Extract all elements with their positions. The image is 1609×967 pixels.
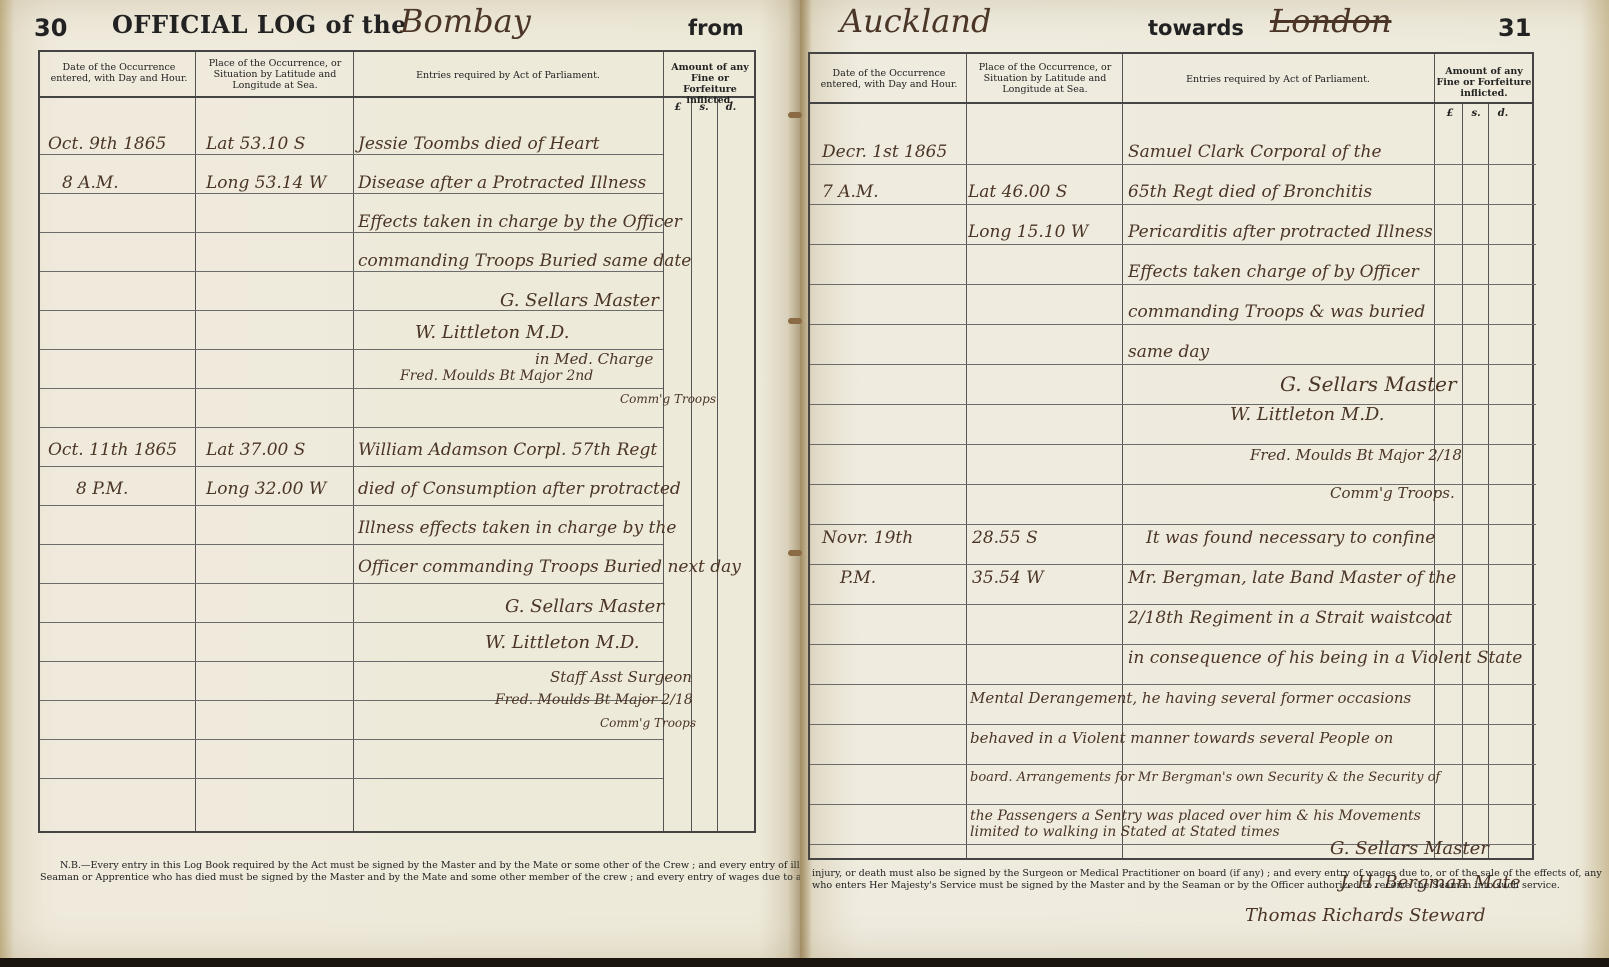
signature: G. Sellars Master [500,290,659,311]
from-label: from [688,16,744,40]
entry-date: Decr. 1st 1865 [822,142,947,162]
binding-stitch [788,112,802,118]
entry-text-line: same day [1128,342,1209,362]
signature: Staff Asst Surgeon [550,668,692,686]
header-place: Place of the Occurrence, or Situation by… [200,58,350,91]
entry-text-line: in consequence of his being in a Violent… [1128,648,1522,668]
footnote-line: who enters Her Majesty's Service must be… [812,880,1560,892]
entry-text-line: William Adamson Corpl. 57th Regt [358,440,657,460]
binding-stitch [788,318,802,324]
entry-long: Long 53.14 W [206,173,326,193]
entry-date: Oct. 9th 1865 [48,134,166,154]
from-place: Auckland [840,2,991,40]
signature: W. Littleton M.D. [415,322,569,343]
signature: W. Littleton M.D. [1230,404,1384,425]
shillings-label: s. [694,102,714,113]
entry-text-line: died of Consumption after protracted [358,479,681,499]
page-number: 31 [1498,14,1531,42]
signature: Fred. Moulds Bt Major 2nd [400,368,593,384]
entry-long: Long 15.10 W [968,222,1088,242]
pounds-label: £ [1440,108,1460,119]
entry-text-line: 2/18th Regiment in a Strait waistcoat [1128,608,1452,628]
entry-lat: 28.55 S [972,528,1038,548]
header-amount: Amount of any Fine or Forfeiture inflict… [1436,66,1532,99]
entry-hour: P.M. [840,568,876,588]
entry-text-line: Effects taken in charge by the Officer [358,212,682,232]
header-entries: Entries required by Act of Parliament. [1128,74,1428,85]
entry-text-line: limited to walking in Stated at Stated t… [970,822,1280,842]
book-gutter [788,0,812,958]
entry-text-line: commanding Troops Buried same date [358,251,691,271]
footnote-line: N.B.—Every entry in this Log Book requir… [60,860,824,872]
entry-text-line: 65th Regt died of Bronchitis [1128,182,1372,202]
pence-label: d. [721,102,741,113]
page-number: 30 [34,14,67,42]
signature: G. Sellars Master [1280,372,1457,396]
left-page: 30 OFFICIAL LOG of the Bombay from Date … [0,0,800,958]
entry-text-line: Illness effects taken in charge by the [358,518,676,538]
entry-lat: Lat 46.00 S [968,182,1067,202]
entry-text-line: behaved in a Violent manner towards seve… [970,728,1393,748]
header-amount: Amount of any Fine or Forfeiture inflict… [664,62,756,106]
binding-stitch [788,550,802,556]
entry-text-line: Effects taken charge of by Officer [1128,262,1419,282]
signature: Thomas Richards Steward [1245,905,1485,926]
pence-label: d. [1493,108,1513,119]
entry-long: 35.54 W [972,568,1044,588]
entry-text-line: Disease after a Protracted Illness [358,173,646,193]
entry-hour: 8 A.M. [62,173,119,193]
entry-text-line: Pericarditis after protracted Illness [1128,222,1433,242]
signature: G. Sellars Master [1330,838,1489,859]
entry-text-line: Samuel Clark Corporal of the [1128,142,1382,162]
signature: in Med. Charge [535,350,653,368]
log-title: OFFICIAL LOG of the [112,10,407,39]
right-page: Auckland towards London 31 Date of the O… [800,0,1609,958]
entry-text-line: board. Arrangements for Mr Bergman's own… [970,768,1440,788]
entry-date: Oct. 11th 1865 [48,440,177,460]
signature: G. Sellars Master [505,596,664,617]
signature: Comm'g Troops [600,716,696,730]
signature: W. Littleton M.D. [485,632,639,653]
footnote-line: Seaman or Apprentice who has died must b… [40,872,855,884]
entry-date: Novr. 19th [822,528,913,548]
signature: Comm'g Troops [620,392,716,406]
header-date: Date of the Occurrence entered, with Day… [44,62,194,84]
header-entries: Entries required by Act of Parliament. [358,70,658,81]
entry-text-line: commanding Troops & was buried [1128,302,1425,322]
ship-name: Bombay [400,2,531,40]
header-date: Date of the Occurrence entered, with Day… [814,68,964,90]
entry-lat: Lat 37.00 S [206,440,305,460]
footnote-line: injury, or death must also be signed by … [812,868,1602,880]
entry-text-line: Officer commanding Troops Buried next da… [358,557,741,577]
entry-long: Long 32.00 W [206,479,326,499]
header-place: Place of the Occurrence, or Situation by… [970,62,1120,95]
signature: Comm'g Troops. [1330,484,1455,502]
signature: Fred. Moulds Bt Major 2/18 [1250,446,1462,464]
entry-hour: 7 A.M. [822,182,879,202]
entry-text-line: Jessie Toombs died of Heart [358,134,599,154]
towards-label: towards [1148,16,1244,40]
entry-text-line: It was found necessary to confine [1146,528,1435,548]
towards-place: London [1270,2,1391,40]
shillings-label: s. [1466,108,1486,119]
signature: Fred. Moulds Bt Major 2/18 [495,692,693,708]
entry-text-line: Mental Derangement, he having several fo… [970,688,1411,708]
entry-lat: Lat 53.10 S [206,134,305,154]
pounds-label: £ [668,102,688,113]
entry-hour: 8 P.M. [76,479,128,499]
entry-text-line: Mr. Bergman, late Band Master of the [1128,568,1456,588]
